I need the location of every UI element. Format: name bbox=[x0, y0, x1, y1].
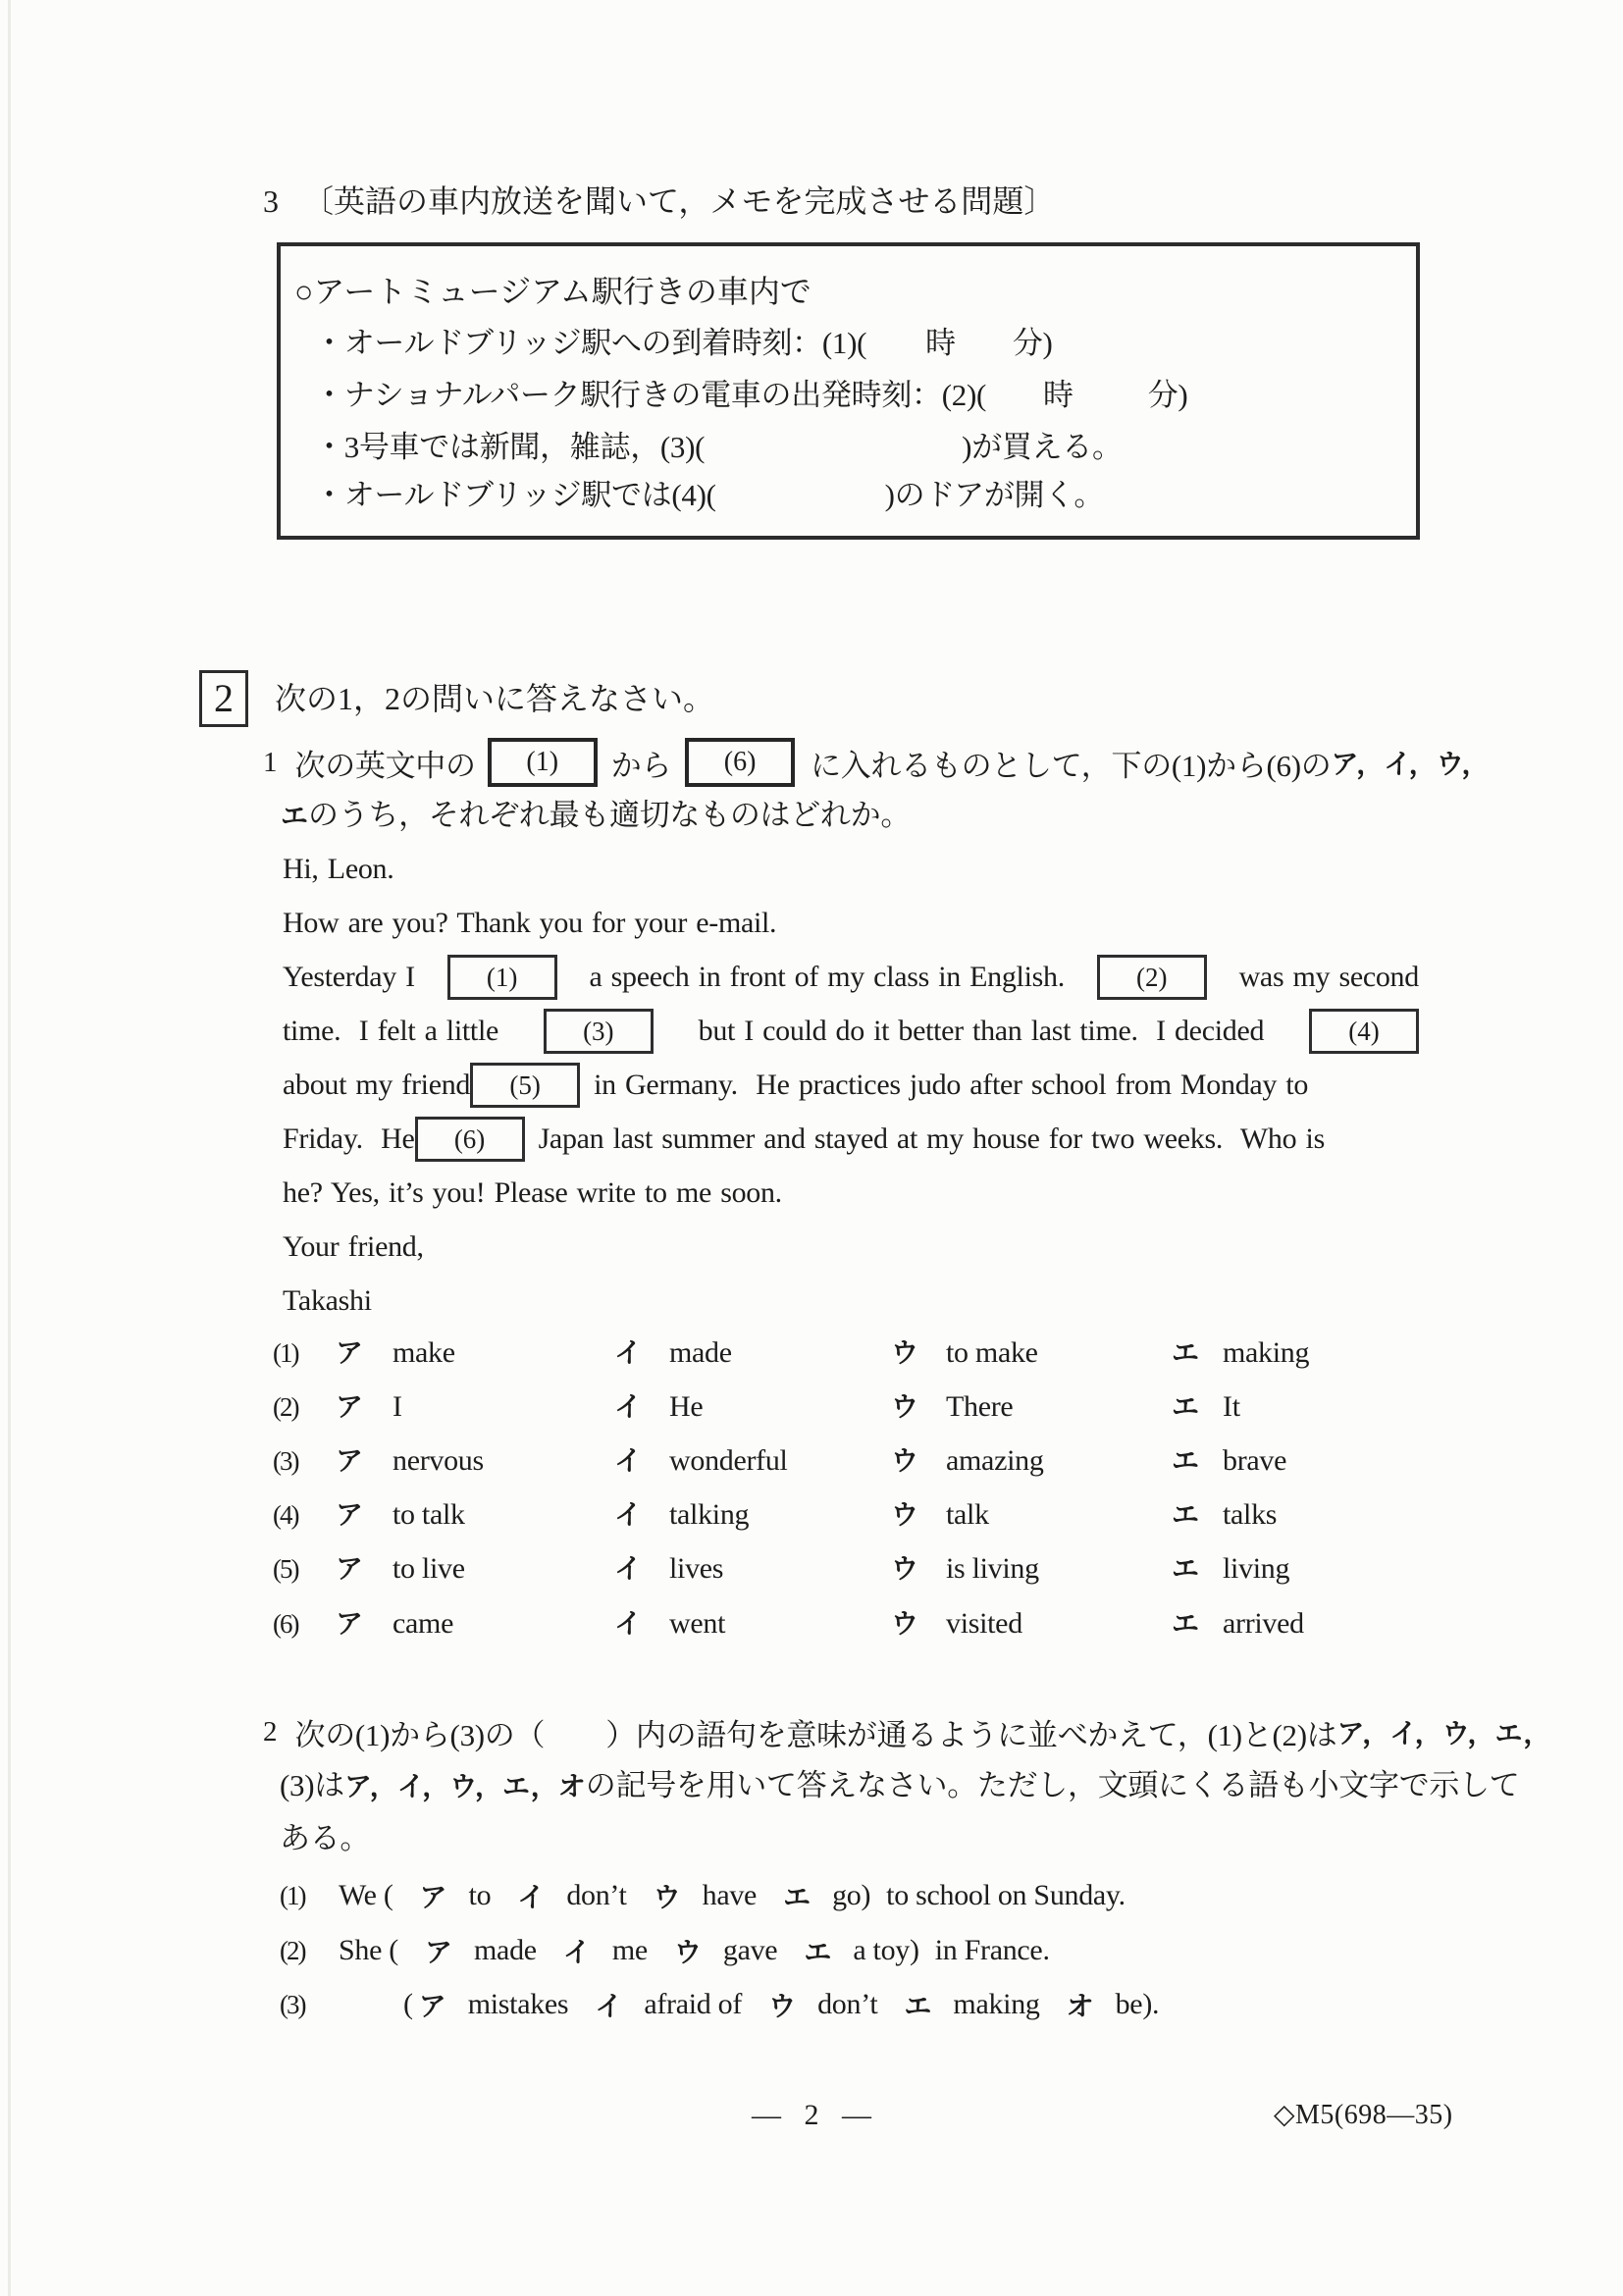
rearrange-sentence-1: (1) We ( アto イdon’t ウhave エgo) to school… bbox=[280, 1869, 1126, 1922]
blank-box-last: (6) bbox=[685, 738, 795, 787]
memo-item-car3: ・3号車では新聞，雑誌，(3)()が買える。 bbox=[314, 421, 1123, 474]
q3-heading: 3〔英語の車内放送を聞いて，メモを完成させる問題〕 bbox=[263, 175, 1055, 228]
memo-item-text: )が買える。 bbox=[962, 430, 1123, 464]
letter-text: Friday. He bbox=[283, 1113, 415, 1166]
choice-word: arrived bbox=[1223, 1597, 1304, 1650]
blank-label: (6) bbox=[724, 747, 757, 777]
blank-label: (3) bbox=[583, 1017, 613, 1046]
blank-label: (1) bbox=[487, 963, 517, 992]
hour-label: 時 bbox=[1043, 378, 1073, 412]
instruction-text: 次の(1)から(3)の（ bbox=[295, 1710, 546, 1754]
token-word: have bbox=[703, 1879, 757, 1912]
choice-word: I bbox=[393, 1381, 614, 1434]
q3-title: 〔英語の車内放送を聞いて，メモを完成させる問題〕 bbox=[302, 183, 1055, 219]
letter-text: but I could do it better than last time.… bbox=[699, 1005, 1265, 1058]
minute-label: 分) bbox=[1013, 326, 1053, 360]
option-number: (6) bbox=[273, 1597, 336, 1650]
letter-text: time. I felt a little bbox=[283, 1005, 498, 1058]
choice-kana: イ bbox=[614, 1381, 669, 1434]
token-word: be). bbox=[1116, 1988, 1160, 2021]
instruction-text: に入れるものとして，下の(1)から(6)の bbox=[811, 741, 1331, 785]
option-row-3: (3)アnervousイwonderfulウamazingエbrave bbox=[273, 1435, 1286, 1487]
letter-text: about my friend bbox=[283, 1059, 470, 1112]
instruction-text: ）内の語句を意味が通るように並べかえて，(1)と(2)は bbox=[605, 1710, 1336, 1754]
answer-gap bbox=[1073, 404, 1148, 405]
choice-word: visited bbox=[946, 1597, 1172, 1650]
letter-signature: Takashi bbox=[283, 1275, 372, 1328]
sentence-number: (1) bbox=[280, 1881, 319, 1911]
q2-1-instruction-line2: エのうち，それぞれ最も適切なものはどれか。 bbox=[281, 789, 911, 842]
token-kana: エ bbox=[904, 1985, 931, 2024]
answer-gap bbox=[866, 352, 925, 353]
q2-number-box: 2 bbox=[199, 670, 248, 727]
letter-text: a speech in front of my class in English… bbox=[589, 951, 1064, 1004]
token-kana: オ bbox=[1067, 1985, 1094, 2024]
answer-gap bbox=[716, 504, 885, 505]
letter-text: was my second bbox=[1239, 951, 1419, 1004]
token-kana: イ bbox=[563, 1931, 591, 1970]
token-kana: エ bbox=[804, 1931, 831, 1970]
token-kana: ア bbox=[420, 1876, 447, 1915]
letter-text: Yesterday I bbox=[283, 951, 415, 1004]
answer-gap bbox=[986, 404, 1043, 405]
choice-kana: ウ bbox=[891, 1381, 946, 1434]
choice-word: went bbox=[669, 1597, 891, 1650]
kana-list: ア，イ，ウ，エ， bbox=[1336, 1712, 1550, 1751]
sentence-lead: ( bbox=[403, 1988, 413, 2021]
letter-line-with-blanks: time. I felt a little (3) but I could do… bbox=[283, 1005, 1419, 1058]
token-word: gave bbox=[723, 1934, 777, 1967]
memo-item-text: ・3号車では新聞，雑誌，(3)( bbox=[314, 430, 705, 464]
choice-word: talking bbox=[669, 1488, 891, 1541]
token-word: to bbox=[469, 1879, 492, 1912]
token-kana: ウ bbox=[674, 1931, 702, 1970]
choice-word: to live bbox=[393, 1542, 614, 1595]
kana-list: ア，イ，ウ， bbox=[1331, 743, 1489, 782]
option-number: (1) bbox=[273, 1327, 336, 1380]
choice-kana: ウ bbox=[891, 1327, 946, 1380]
choice-word: nervous bbox=[393, 1435, 614, 1487]
choice-kana: イ bbox=[614, 1542, 669, 1595]
option-number: (5) bbox=[273, 1542, 336, 1595]
letter-greeting: Hi, Leon. bbox=[283, 843, 393, 896]
choice-word: living bbox=[1223, 1542, 1289, 1595]
blank-box-6: (6) bbox=[415, 1117, 525, 1162]
option-number: (4) bbox=[273, 1488, 336, 1541]
choice-kana: エ bbox=[1172, 1597, 1223, 1650]
option-row-2: (2)アIイHeウThereエIt bbox=[273, 1381, 1240, 1434]
token-kana: イ bbox=[517, 1876, 545, 1915]
blank-box-4: (4) bbox=[1309, 1009, 1419, 1054]
memo-item-arrival: ・オールドブリッジ駅への到着時刻：(1)(時分) bbox=[314, 317, 1053, 370]
blank-label: (1) bbox=[526, 747, 558, 777]
memo-item-text: )のドアが開く。 bbox=[885, 478, 1104, 512]
choice-kana: イ bbox=[614, 1597, 669, 1650]
choice-kana: エ bbox=[1172, 1488, 1223, 1541]
answer-gap bbox=[956, 352, 1013, 353]
instruction-text: (3)は bbox=[280, 1768, 344, 1802]
memo-item-doors: ・オールドブリッジ駅では(4)()のドアが開く。 bbox=[314, 469, 1104, 522]
choice-word: is living bbox=[946, 1542, 1172, 1595]
choice-word: wonderful bbox=[669, 1435, 891, 1487]
token-kana: ア bbox=[425, 1931, 452, 1970]
memo-item-text: ・オールドブリッジ駅では(4)( bbox=[314, 478, 716, 512]
choice-word: to make bbox=[946, 1327, 1172, 1380]
blank-box-3: (3) bbox=[544, 1009, 654, 1054]
choice-kana: ア bbox=[336, 1597, 393, 1650]
token-word: me bbox=[612, 1934, 648, 1967]
blank-box-5: (5) bbox=[470, 1063, 580, 1108]
blank-label: (6) bbox=[454, 1124, 485, 1154]
letter-line: How are you? Thank you for your e-mail. bbox=[283, 897, 776, 950]
token-word: afraid of bbox=[644, 1988, 742, 2021]
letter-closing: Your friend, bbox=[283, 1221, 424, 1274]
q2-2-instruction-line2: (3)はア，イ，ウ，エ，オの記号を用いて答えなさい。ただし，文頭にくる語も小文字… bbox=[280, 1759, 1520, 1812]
letter-line: he? Yes, it’s you! Please write to me so… bbox=[283, 1167, 782, 1220]
token-word: making bbox=[953, 1988, 1039, 2021]
scan-edge-artifact bbox=[8, 0, 11, 2296]
q2-number: 2 bbox=[214, 676, 234, 720]
choice-word: making bbox=[1223, 1327, 1309, 1380]
option-number: (2) bbox=[273, 1381, 336, 1434]
sentence-number: (3) bbox=[280, 1990, 319, 2020]
letter-text: Japan last summer and stayed at my house… bbox=[539, 1113, 1419, 1166]
sentence-tail: to school on Sunday. bbox=[886, 1879, 1126, 1912]
choice-kana: エ bbox=[1172, 1327, 1223, 1380]
q2-title: 次の1，2の問いに答えなさい。 bbox=[275, 672, 714, 725]
memo-item-text: ・ナショナルパーク駅行きの電車の出発時刻：(2)( bbox=[314, 378, 986, 412]
choice-kana: エ bbox=[1172, 1381, 1223, 1434]
choice-kana: ウ bbox=[891, 1597, 946, 1650]
choice-word: made bbox=[669, 1327, 891, 1380]
document-code: ◇M5(698—35) bbox=[1274, 2091, 1453, 2140]
choice-word: lives bbox=[669, 1542, 891, 1595]
letter-text: in Germany. He practices judo after scho… bbox=[594, 1059, 1419, 1112]
choice-word: There bbox=[946, 1381, 1172, 1434]
token-kana: ウ bbox=[654, 1876, 681, 1915]
q2-1-number: 1 bbox=[263, 747, 278, 779]
token-word: don’t bbox=[566, 1879, 626, 1912]
blank-label: (5) bbox=[509, 1070, 540, 1100]
token-kana: イ bbox=[595, 1985, 622, 2024]
choice-word: to talk bbox=[393, 1488, 614, 1541]
blank-label: (2) bbox=[1136, 963, 1167, 992]
token-word: made bbox=[474, 1934, 537, 1967]
memo-heading: ○アートミュージアム駅行きの車内で bbox=[294, 265, 811, 318]
memo-item-departure: ・ナショナルパーク駅行きの電車の出発時刻：(2)(時分) bbox=[314, 369, 1187, 422]
option-row-5: (5)アto liveイlivesウis livingエliving bbox=[273, 1542, 1289, 1595]
answer-gap bbox=[705, 456, 962, 457]
option-row-6: (6)アcameイwentウvisitedエarrived bbox=[273, 1597, 1304, 1650]
instruction-text: の記号を用いて答えなさい。ただし，文頭にくる語も小文字で示して bbox=[586, 1768, 1520, 1802]
choice-word: talks bbox=[1223, 1488, 1277, 1541]
choice-kana: ア bbox=[336, 1488, 393, 1541]
choice-word: brave bbox=[1223, 1435, 1286, 1487]
choice-kana: ウ bbox=[891, 1488, 946, 1541]
q2-2-number: 2 bbox=[263, 1716, 278, 1748]
kana-list: エ bbox=[281, 800, 308, 832]
sentence-tail: in France. bbox=[935, 1934, 1050, 1967]
sentence-lead: She ( bbox=[339, 1934, 398, 1967]
q2-2-instruction-line3: ある。 bbox=[280, 1812, 370, 1865]
blank-label: (4) bbox=[1348, 1017, 1379, 1046]
choice-word: amazing bbox=[946, 1435, 1172, 1487]
rearrange-sentence-2: (2) She ( アmade イme ウgave エa toy) in Fra… bbox=[280, 1924, 1050, 1977]
hour-label: 時 bbox=[925, 326, 956, 360]
kana-list: ア，イ，ウ，エ，オ bbox=[344, 1770, 586, 1802]
token-word: go) bbox=[832, 1879, 870, 1912]
letter-line-with-blanks: Friday. He (6) Japan last summer and sta… bbox=[283, 1113, 1419, 1166]
choice-kana: ア bbox=[336, 1435, 393, 1487]
option-number: (3) bbox=[273, 1435, 336, 1487]
answer-gap bbox=[545, 1732, 605, 1733]
choice-kana: ウ bbox=[891, 1542, 946, 1595]
instruction-text: から bbox=[611, 741, 671, 785]
choice-kana: イ bbox=[614, 1435, 669, 1487]
choice-kana: エ bbox=[1172, 1435, 1223, 1487]
choice-word: He bbox=[669, 1381, 891, 1434]
memo-item-text: ・オールドブリッジ駅への到着時刻：(1)( bbox=[314, 326, 866, 360]
q3-number: 3 bbox=[263, 183, 279, 219]
exam-page: 3〔英語の車内放送を聞いて，メモを完成させる問題〕 ○アートミュージアム駅行きの… bbox=[0, 0, 1623, 2296]
letter-line-with-blanks: about my friend (5) in Germany. He pract… bbox=[283, 1059, 1419, 1112]
token-word: a toy) bbox=[853, 1934, 918, 1967]
token-kana: エ bbox=[783, 1876, 811, 1915]
choice-word: talk bbox=[946, 1488, 1172, 1541]
choice-kana: イ bbox=[614, 1488, 669, 1541]
minute-label: 分) bbox=[1148, 378, 1188, 412]
instruction-text: 次の英文中の bbox=[295, 741, 476, 785]
sentence-number: (2) bbox=[280, 1936, 319, 1966]
blank-box-first: (1) bbox=[488, 738, 598, 787]
instruction-text: のうち，それぞれ最も適切なものはどれか。 bbox=[308, 798, 911, 832]
token-word: don’t bbox=[817, 1988, 877, 2021]
q2-1-instruction-line1: 1 次の英文中の (1) から (6) に入れるものとして，下の(1)から(6)… bbox=[263, 736, 1490, 789]
choice-word: It bbox=[1223, 1381, 1240, 1434]
sentence-lead: We ( bbox=[339, 1879, 393, 1912]
blank-box-1: (1) bbox=[447, 955, 557, 1000]
token-kana: ア bbox=[419, 1985, 446, 2024]
token-kana: ウ bbox=[768, 1985, 796, 2024]
choice-word: came bbox=[393, 1597, 614, 1650]
choice-kana: ア bbox=[336, 1327, 393, 1380]
choice-kana: ア bbox=[336, 1542, 393, 1595]
letter-line-with-blanks: Yesterday I (1) a speech in front of my … bbox=[283, 951, 1419, 1004]
option-row-4: (4)アto talkイtalkingウtalkエtalks bbox=[273, 1488, 1277, 1541]
q2-2-instruction-line1: 2 次の(1)から(3)の（ ）内の語句を意味が通るように並べかえて，(1)と(… bbox=[263, 1705, 1550, 1758]
option-row-1: (1)アmakeイmadeウto makeエmaking bbox=[273, 1327, 1309, 1380]
token-word: mistakes bbox=[468, 1988, 569, 2021]
choice-word: make bbox=[393, 1327, 614, 1380]
choice-kana: ウ bbox=[891, 1435, 946, 1487]
choice-kana: イ bbox=[614, 1327, 669, 1380]
blank-box-2: (2) bbox=[1097, 955, 1207, 1000]
page-number: — 2 — bbox=[689, 2089, 934, 2142]
choice-kana: エ bbox=[1172, 1542, 1223, 1595]
rearrange-sentence-3: (3) ( アmistakes イafraid of ウdon’t エmakin… bbox=[280, 1978, 1159, 2031]
choice-kana: ア bbox=[336, 1381, 393, 1434]
